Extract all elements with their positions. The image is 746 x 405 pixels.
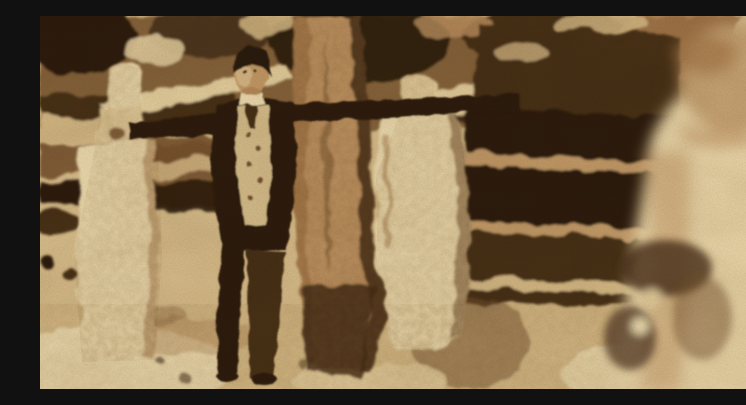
photo-canvas [40, 16, 746, 389]
film-grain-overlay [40, 16, 746, 389]
historical-photograph [40, 16, 746, 389]
